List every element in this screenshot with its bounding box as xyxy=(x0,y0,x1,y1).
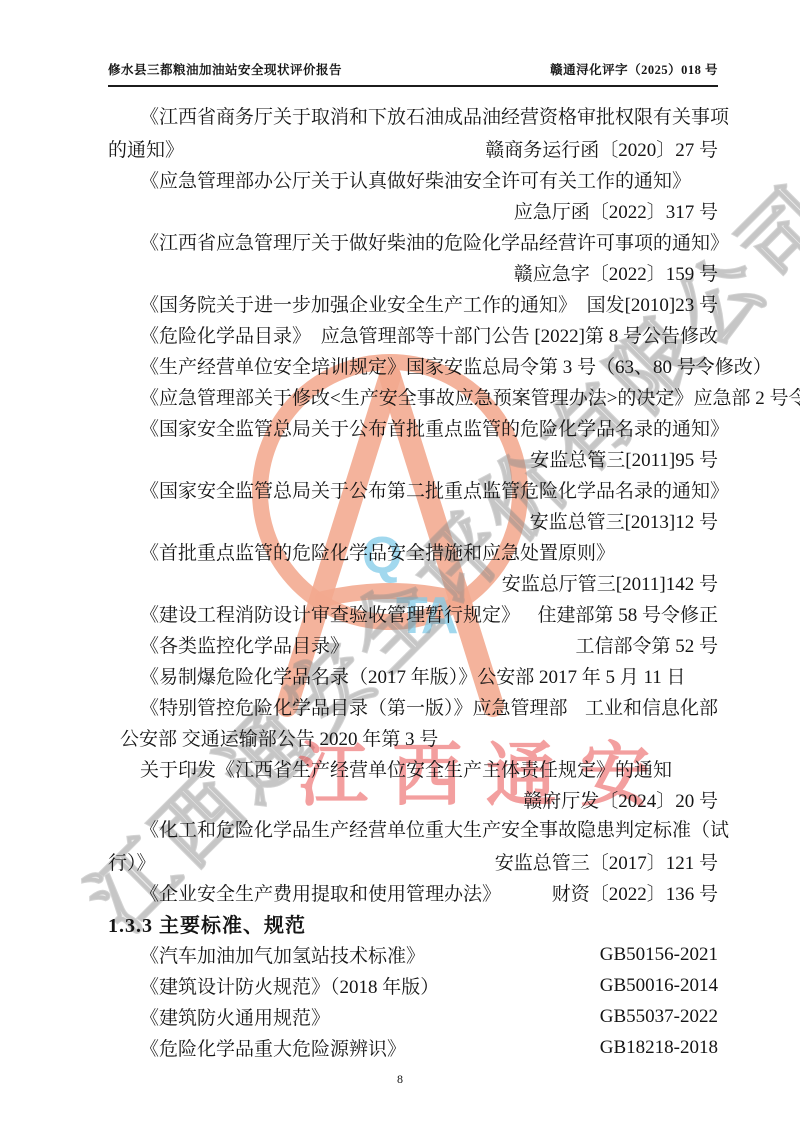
document-line: 《化工和危险化学品生产经营单位重大生产安全事故隐患判定标准（试 xyxy=(108,815,718,846)
document-line: 安监总厅管三[2011]142 号 xyxy=(108,567,718,598)
line-text: 《建设工程消防设计审查验收管理暂行规定》 xyxy=(140,600,520,627)
line-text: 《危险化学品目录》 xyxy=(140,321,311,348)
document-line: 《应急管理部关于修改<生产安全事故应急预案管理办法>的决定》应急部 2 号令 xyxy=(108,381,718,412)
document-line: 《易制爆危险化学品名录（2017 年版）》公安部 2017 年 5 月 11 日 xyxy=(108,660,718,691)
section-heading: 1.3.3 主要标准、规范 xyxy=(108,908,718,939)
line-text: 关于印发《江西省生产经营单位安全生产主体责任规定》的通知 xyxy=(140,755,672,782)
document-number: 赣通浔化评字（2025）018 号 xyxy=(550,60,718,78)
document-line: 《国家安全监管总局关于公布首批重点监管的危险化学品名录的通知》 xyxy=(108,412,718,443)
line-reference-number: 住建部第 58 号令修正 xyxy=(537,600,718,627)
line-text: 《化工和危险化学品生产经营单位重大生产安全事故隐患判定标准（试 xyxy=(140,820,729,841)
line-text: 公安部 交通运输部公告 2020 年第 3 号 xyxy=(120,724,438,751)
section-heading-text: 1.3.3 主要标准、规范 xyxy=(108,909,306,938)
line-text: 《江西省应急管理厅关于做好柴油的危险化学品经营许可事项的通知》 xyxy=(140,228,729,255)
document-line: 《国务院关于进一步加强企业安全生产工作的通知》国发[2010]23 号 xyxy=(108,288,718,319)
line-reference-number: 安监总管三〔2017〕121 号 xyxy=(495,848,718,875)
line-reference-number: 应急厅函〔2022〕317 号 xyxy=(514,197,718,224)
document-line: 赣府厅发〔2024〕20 号 xyxy=(108,784,718,815)
document-line: 《特别管控危险化学品目录（第一版）》应急管理部工业和信息化部 xyxy=(108,691,718,722)
line-text: 《首批重点监管的危险化学品安全措施和应急处置原则》 xyxy=(140,538,615,565)
standard-code: GB50016-2014 xyxy=(600,975,718,997)
page-number: 8 xyxy=(0,1072,800,1087)
document-line: 行）》安监总管三〔2017〕121 号 xyxy=(108,846,718,877)
line-reference-number: 应急管理部等十部门公告 [2022]第 8 号公告修改 xyxy=(321,321,718,348)
line-text: 行）》 xyxy=(108,848,156,875)
line-text: 《企业安全生产费用提取和使用管理办法》 xyxy=(140,879,501,906)
document-line: 赣应急字〔2022〕159 号 xyxy=(108,257,718,288)
document-line: 安监总管三[2011]95 号 xyxy=(108,443,718,474)
document-line: 《江西省商务厅关于取消和下放石油成品油经营资格审批权限有关事项 xyxy=(108,102,718,133)
standard-code: GB18218-2018 xyxy=(600,1037,718,1059)
line-reference-number: 公安部 2017 年 5 月 11 日 xyxy=(477,662,771,689)
line-text: 《应急管理部办公厅关于认真做好柴油安全许可有关工作的通知》 xyxy=(140,166,691,193)
line-text: 《国务院关于进一步加强企业安全生产工作的通知》 xyxy=(140,290,577,317)
document-line: 《建设工程消防设计审查验收管理暂行规定》住建部第 58 号令修正 xyxy=(108,598,718,629)
line-reference-number: 工业和信息化部 xyxy=(585,693,718,720)
standard-code: GB55037-2022 xyxy=(600,1006,718,1028)
standard-code: GB50156-2021 xyxy=(600,944,718,966)
document-line: 公安部 交通运输部公告 2020 年第 3 号 xyxy=(108,722,718,753)
document-line: 《各类监控化学品目录》工信部令第 52 号 xyxy=(108,629,718,660)
document-line: 的通知》赣商务运行函〔2020〕27 号 xyxy=(108,133,718,164)
line-text: 的通知》 xyxy=(108,135,184,162)
report-page: Q TA 江西通安全评价有限公司 江西通安 修水县三都粮油加油站安全现状评价报告… xyxy=(0,0,800,1131)
report-title: 修水县三都粮油加油站安全现状评价报告 xyxy=(108,60,342,78)
document-body: 《江西省商务厅关于取消和下放石油成品油经营资格审批权限有关事项的通知》赣商务运行… xyxy=(108,102,718,1063)
document-line: 《企业安全生产费用提取和使用管理办法》财资〔2022〕136 号 xyxy=(108,877,718,908)
document-line: 《江西省应急管理厅关于做好柴油的危险化学品经营许可事项的通知》 xyxy=(108,226,718,257)
standard-title: 《建筑设计防火规范》（2018 年版） xyxy=(140,972,439,999)
document-line: 《首批重点监管的危险化学品安全措施和应急处置原则》 xyxy=(108,536,718,567)
document-line: 应急厅函〔2022〕317 号 xyxy=(108,195,718,226)
line-reference-number: 安监总厅管三[2011]142 号 xyxy=(502,569,718,596)
line-reference-number: 财资〔2022〕136 号 xyxy=(552,879,718,906)
line-text: 《国家安全监管总局关于公布首批重点监管的危险化学品名录的通知》 xyxy=(140,414,729,441)
line-reference-number: 赣应急字〔2022〕159 号 xyxy=(514,259,718,286)
line-text: 《国家安全监管总局关于公布第二批重点监管危险化学品名录的通知》 xyxy=(140,476,729,503)
document-line: 《应急管理部办公厅关于认真做好柴油安全许可有关工作的通知》 xyxy=(108,164,718,195)
page-header: 修水县三都粮油加油站安全现状评价报告 赣通浔化评字（2025）018 号 xyxy=(108,60,718,87)
standard-title: 《汽车加油加气加氢站技术标准》 xyxy=(140,941,425,968)
line-text: 《特别管控危险化学品目录（第一版）》应急管理部 xyxy=(140,693,568,720)
document-line: 安监总管三[2013]12 号 xyxy=(108,505,718,536)
standard-title: 《建筑防火通用规范》 xyxy=(140,1003,330,1030)
document-line: 《国家安全监管总局关于公布第二批重点监管危险化学品名录的通知》 xyxy=(108,474,718,505)
line-text: 《江西省商务厅关于取消和下放石油成品油经营资格审批权限有关事项 xyxy=(140,107,729,128)
line-reference-number: 国家安监总局令第 3 号（63、80 号令修改） xyxy=(406,352,772,379)
standards-list: 《汽车加油加气加氢站技术标准》GB50156-2021《建筑设计防火规范》（20… xyxy=(108,939,718,1063)
line-text: 《各类监控化学品目录》 xyxy=(140,631,349,658)
standard-line: 《建筑防火通用规范》GB55037-2022 xyxy=(108,1001,718,1032)
line-reference-number: 赣府厅发〔2024〕20 号 xyxy=(523,786,718,813)
line-reference-number: 安监总管三[2013]12 号 xyxy=(530,507,718,534)
document-line: 《危险化学品目录》应急管理部等十部门公告 [2022]第 8 号公告修改 xyxy=(108,319,718,350)
line-reference-number: 工信部令第 52 号 xyxy=(575,631,718,658)
standard-title: 《危险化学品重大危险源辨识》 xyxy=(140,1034,406,1061)
line-text: 《应急管理部关于修改<生产安全事故应急预案管理办法>的决定》 xyxy=(140,383,693,410)
standard-line: 《汽车加油加气加氢站技术标准》GB50156-2021 xyxy=(108,939,718,970)
standard-line: 《危险化学品重大危险源辨识》GB18218-2018 xyxy=(108,1032,718,1063)
line-text: 《生产经营单位安全培训规定》 xyxy=(140,352,406,379)
document-line: 《生产经营单位安全培训规定》国家安监总局令第 3 号（63、80 号令修改） xyxy=(108,350,718,381)
document-line: 关于印发《江西省生产经营单位安全生产主体责任规定》的通知 xyxy=(108,753,718,784)
line-reference-number: 国发[2010]23 号 xyxy=(587,290,718,317)
line-reference-number: 安监总管三[2011]95 号 xyxy=(530,445,718,472)
standard-line: 《建筑设计防火规范》（2018 年版）GB50016-2014 xyxy=(108,970,718,1001)
line-reference-number: 应急部 2 号令 xyxy=(693,383,800,410)
line-reference-number: 赣商务运行函〔2020〕27 号 xyxy=(485,135,718,162)
regulation-list: 《江西省商务厅关于取消和下放石油成品油经营资格审批权限有关事项的通知》赣商务运行… xyxy=(108,102,718,908)
line-text: 《易制爆危险化学品名录（2017 年版）》 xyxy=(140,662,477,689)
